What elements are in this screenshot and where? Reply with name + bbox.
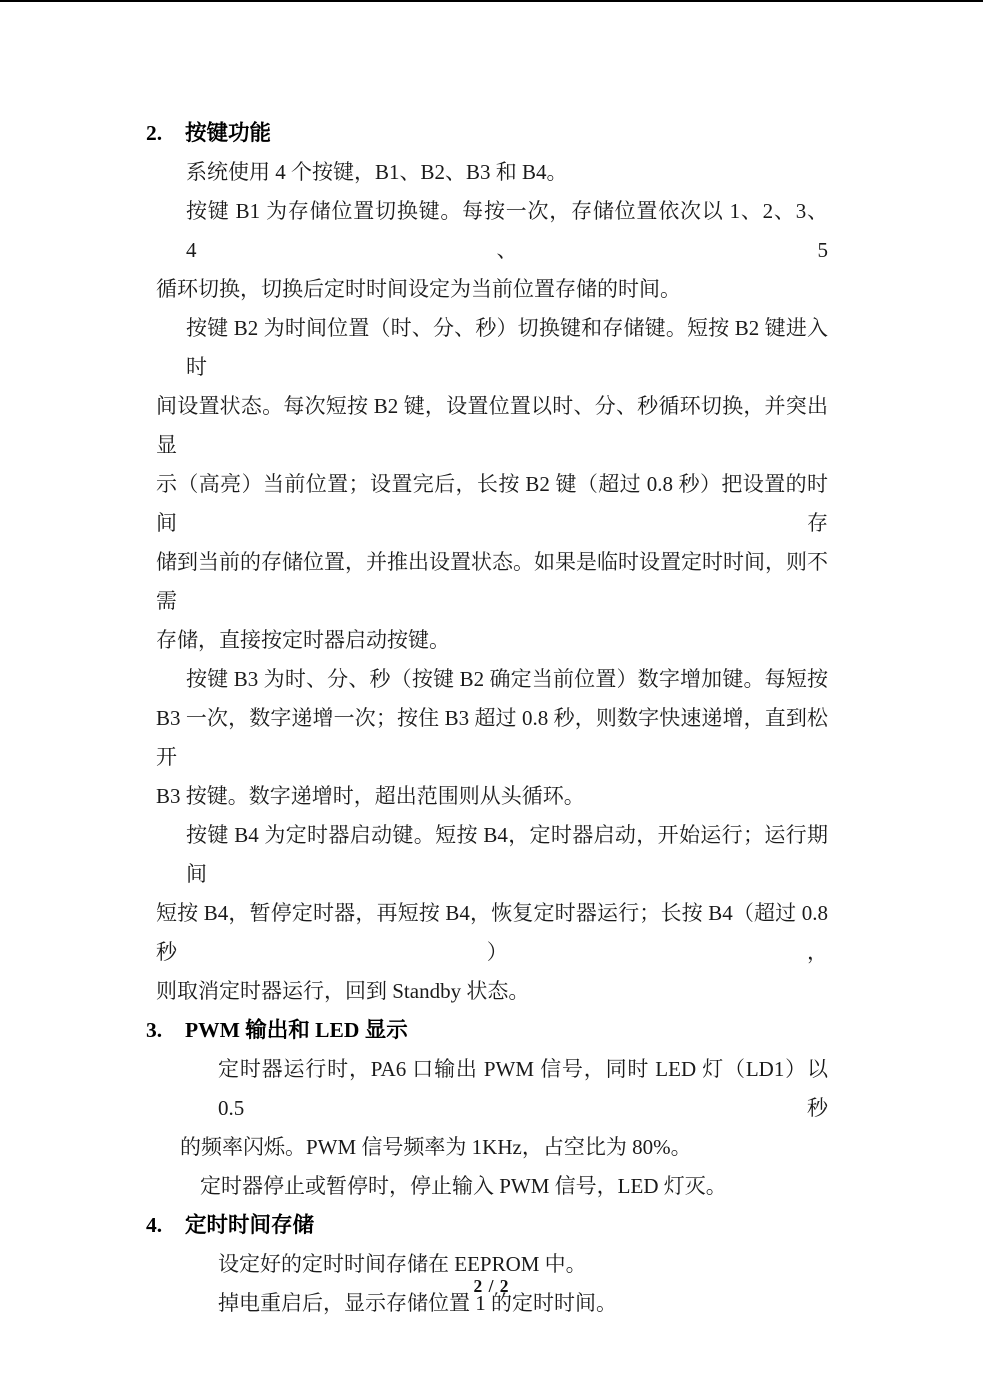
text-line: 则取消定时器运行，回到 Standby 状态。 [156, 972, 828, 1011]
text-line: 循环切换，切换后定时时间设定为当前位置存储的时间。 [156, 270, 828, 309]
heading-title: PWM 输出和 LED 显示 [185, 1018, 408, 1042]
text-line: 按键 B2 为时间位置（时、分、秒）切换键和存储键。短按 B2 键进入时 [156, 309, 828, 387]
text-line: 存储，直接按定时器启动按键。 [156, 621, 828, 660]
paragraph: 按键 B1 为存储位置切换键。每按一次，存储位置依次以 1、2、3、4、5 循环… [156, 192, 828, 309]
text-line: B3 按键。数字递增时，超出范围则从头循环。 [156, 777, 828, 816]
text-line: 系统使用 4 个按键，B1、B2、B3 和 B4。 [156, 153, 828, 192]
heading-number: 4. [146, 1206, 185, 1245]
page-number: 2 / 2 [473, 1276, 509, 1296]
text-line: 按键 B1 为存储位置切换键。每按一次，存储位置依次以 1、2、3、4、5 [156, 192, 828, 270]
text-line: 短按 B4，暂停定时器，再短按 B4，恢复定时器运行；长按 B4（超过 0.8 … [156, 894, 828, 972]
paragraph: 定时器运行时，PA6 口输出 PWM 信号，同时 LED 灯（LD1）以 0.5… [180, 1050, 828, 1167]
page-footer: 2 / 2 [0, 1276, 983, 1297]
paragraph: 按键 B4 为定时器启动键。短按 B4，定时器启动，开始运行；运行期间 短按 B… [156, 816, 828, 1011]
heading-number: 2. [146, 114, 185, 153]
paragraph: 定时器停止或暂停时，停止输入 PWM 信号，LED 灯灭。 [180, 1167, 828, 1206]
paragraph: 按键 B3 为时、分、秒（按键 B2 确定当前位置）数字增加键。每短按 B3 一… [156, 660, 828, 816]
page-top-border [0, 0, 983, 2]
section-heading-4: 4.定时时间存储 [146, 1206, 828, 1245]
text-line: 储到当前的存储位置，并推出设置状态。如果是临时设置定时时间，则不需 [156, 543, 828, 621]
heading-title: 定时时间存储 [185, 1213, 314, 1237]
paragraph: 按键 B2 为时间位置（时、分、秒）切换键和存储键。短按 B2 键进入时 间设置… [156, 309, 828, 660]
text-line: 定时器停止或暂停时，停止输入 PWM 信号，LED 灯灭。 [180, 1167, 828, 1206]
text-line: 间设置状态。每次短按 B2 键，设置位置以时、分、秒循环切换，并突出显 [156, 387, 828, 465]
document-page: 2.按键功能 系统使用 4 个按键，B1、B2、B3 和 B4。 按键 B1 为… [0, 0, 983, 1398]
paragraph: 系统使用 4 个按键，B1、B2、B3 和 B4。 [156, 153, 828, 192]
heading-title: 按键功能 [185, 121, 271, 145]
text-line: 示（高亮）当前位置；设置完后，长按 B2 键（超过 0.8 秒）把设置的时间存 [156, 465, 828, 543]
text-line: 按键 B4 为定时器启动键。短按 B4，定时器启动，开始运行；运行期间 [156, 816, 828, 894]
text-line: 按键 B3 为时、分、秒（按键 B2 确定当前位置）数字增加键。每短按 [156, 660, 828, 699]
text-line: B3 一次，数字递增一次；按住 B3 超过 0.8 秒，则数字快速递增，直到松开 [156, 699, 828, 777]
heading-number: 3. [146, 1011, 185, 1050]
document-content: 2.按键功能 系统使用 4 个按键，B1、B2、B3 和 B4。 按键 B1 为… [156, 114, 828, 1323]
text-line: 定时器运行时，PA6 口输出 PWM 信号，同时 LED 灯（LD1）以 0.5… [180, 1050, 828, 1128]
section-heading-2: 2.按键功能 [146, 114, 828, 153]
section-heading-3: 3.PWM 输出和 LED 显示 [146, 1011, 828, 1050]
text-line: 的频率闪烁。PWM 信号频率为 1KHz，占空比为 80%。 [180, 1128, 828, 1167]
